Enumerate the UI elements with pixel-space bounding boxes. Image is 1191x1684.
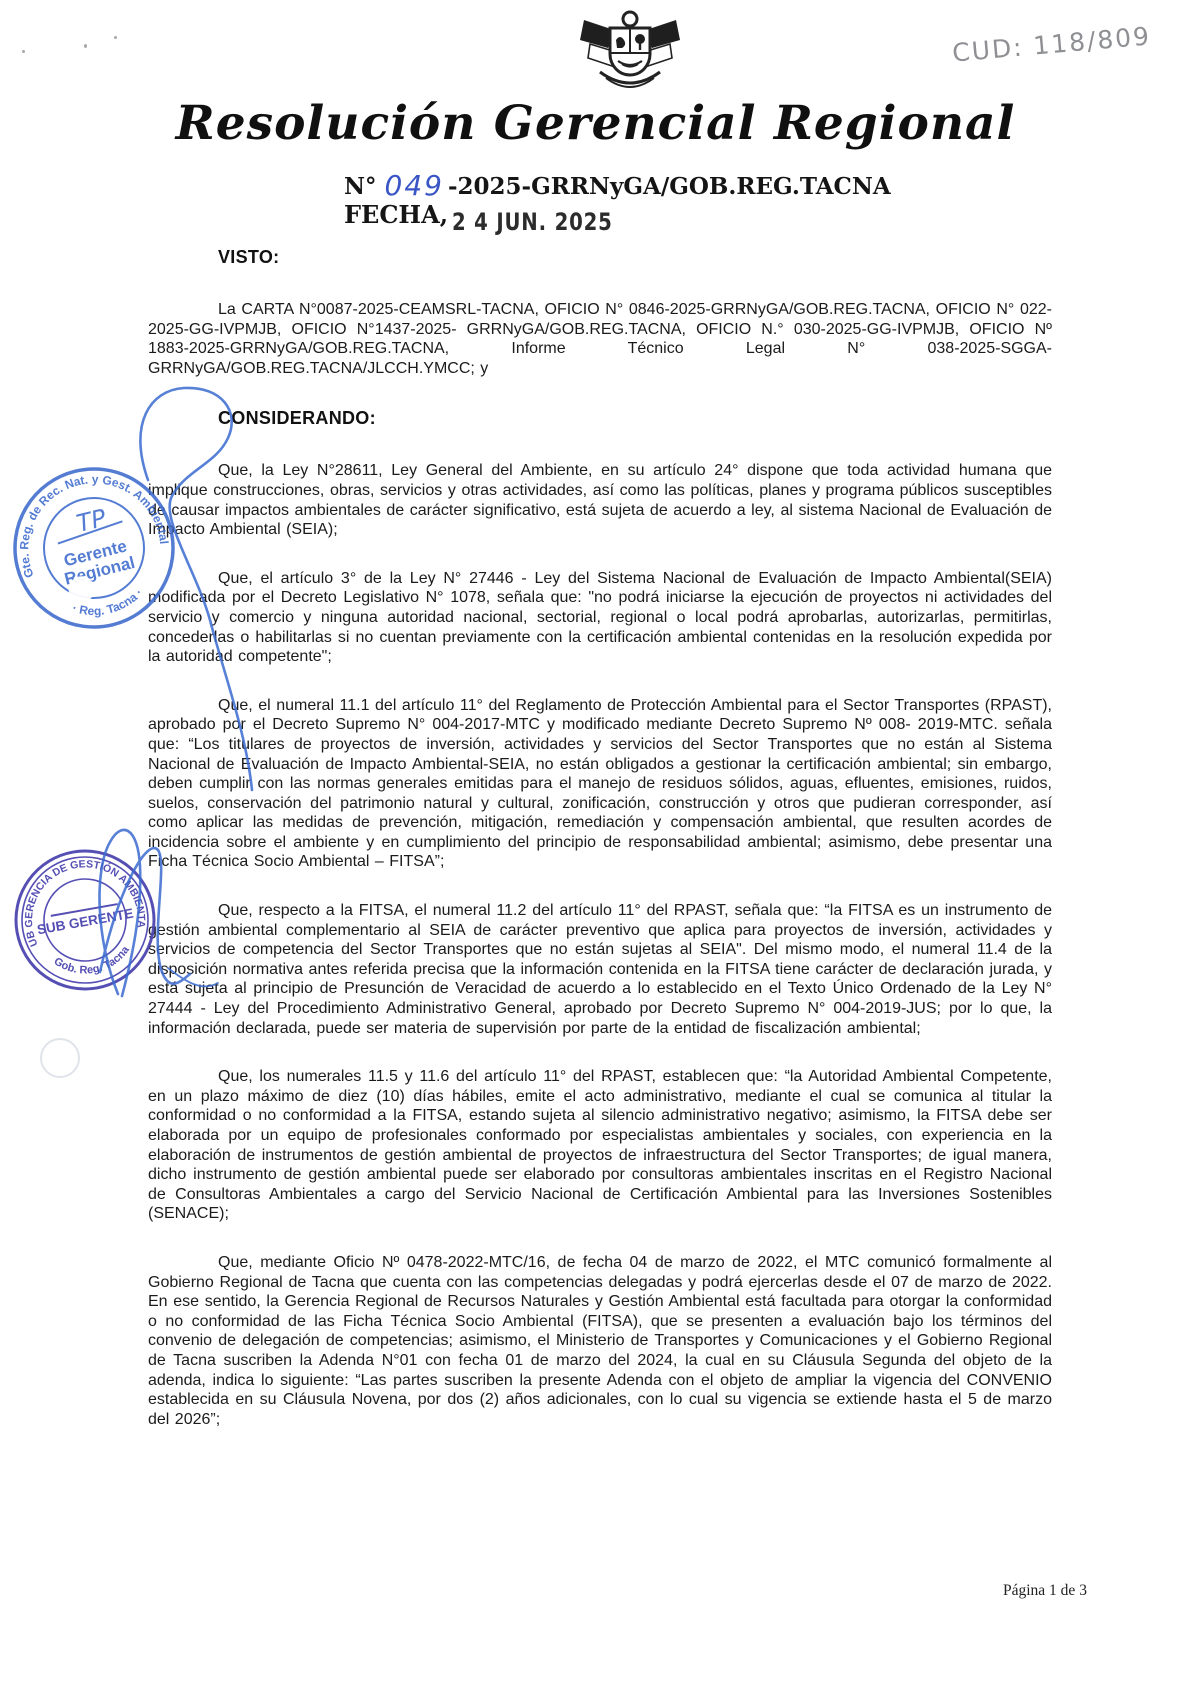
handwritten-cud-note: CUD: 118/809 — [951, 21, 1152, 67]
resolution-number-handwritten: 049 — [377, 169, 448, 202]
scan-speck — [114, 36, 117, 39]
visto-paragraph: La CARTA N°0087-2025-CEAMSRL-TACNA, OFIC… — [148, 300, 1052, 378]
stamp2-ring-top-text: SUB GERENCIA DE GESTIÓN AMBIENTAL — [0, 832, 149, 954]
considerando-paragraph-6: Que, mediante Oficio Nº 0478-2022-MTC/16… — [148, 1253, 1052, 1429]
considerando-paragraph-1: Que, la Ley N°28611, Ley General del Amb… — [148, 461, 1052, 539]
resolution-number-prefix: N° — [344, 173, 377, 200]
considerando-paragraph-5: Que, los numerales 11.5 y 11.6 del artíc… — [148, 1067, 1052, 1224]
considerando-paragraph-2: Que, el artículo 3° de la Ley N° 27446 -… — [148, 569, 1052, 667]
svg-text:· Reg. Tacna ·: · Reg. Tacna · — [68, 584, 148, 626]
stamp1-center-line2: Regional — [63, 553, 137, 589]
scan-speck — [84, 44, 87, 48]
peru-coat-of-arms-icon — [556, 6, 704, 102]
date-stamp: 2 4 JUN. 2025 — [452, 208, 613, 236]
considerando-paragraph-3: Que, el numeral 11.1 del artículo 11° de… — [148, 696, 1052, 872]
resolution-number-suffix: -2025-GRRNyGA/GOB.REG.TACNA — [448, 173, 891, 200]
stamp1-center-line1: Gerente — [62, 536, 129, 570]
svg-text:SUB GERENCIA DE GESTIÓN AMBIEN: SUB GERENCIA DE GESTIÓN AMBIENTAL — [0, 832, 149, 954]
faint-seal-mark — [40, 1038, 80, 1078]
svg-text:· Gob. Reg. Tacna ·: · Gob. Reg. Tacna · — [0, 832, 137, 991]
scan-speck — [22, 50, 25, 53]
considerando-paragraph-4: Que, respecto a la FITSA, el numeral 11.… — [148, 901, 1052, 1038]
resolution-number: N°049-2025-GRRNyGA/GOB.REG.TACNA — [344, 168, 891, 201]
visto-heading: VISTO: — [218, 246, 1052, 268]
stamp2-ring-bottom-text: · Gob. Reg. Tacna · — [0, 832, 137, 991]
fecha-label: FECHA, — [344, 200, 448, 229]
document-title: Resolución Gerencial Regional — [0, 96, 1191, 151]
stamp1-ring-bottom-text: · Reg. Tacna · — [68, 584, 148, 626]
svg-text:Gte. Reg. de Rec. Nat. y Gest.: Gte. Reg. de Rec. Nat. y Gest. Ambiental — [2, 456, 172, 580]
document-body: VISTO: La CARTA N°0087-2025-CEAMSRL-TACN… — [148, 246, 1052, 1458]
stamp1-ring-top-text: Gte. Reg. de Rec. Nat. y Gest. Ambiental — [2, 456, 172, 580]
page-number: Página 1 de 3 — [1003, 1582, 1087, 1600]
resolution-document-page: CUD: 118/809 Resolución Gerencial Region… — [0, 0, 1191, 1684]
stamp2-center-text: SUB GERENTE — [36, 906, 135, 938]
stamp1-signature-initials: TP — [74, 504, 110, 538]
considerando-heading: CONSIDERANDO: — [218, 407, 1052, 429]
